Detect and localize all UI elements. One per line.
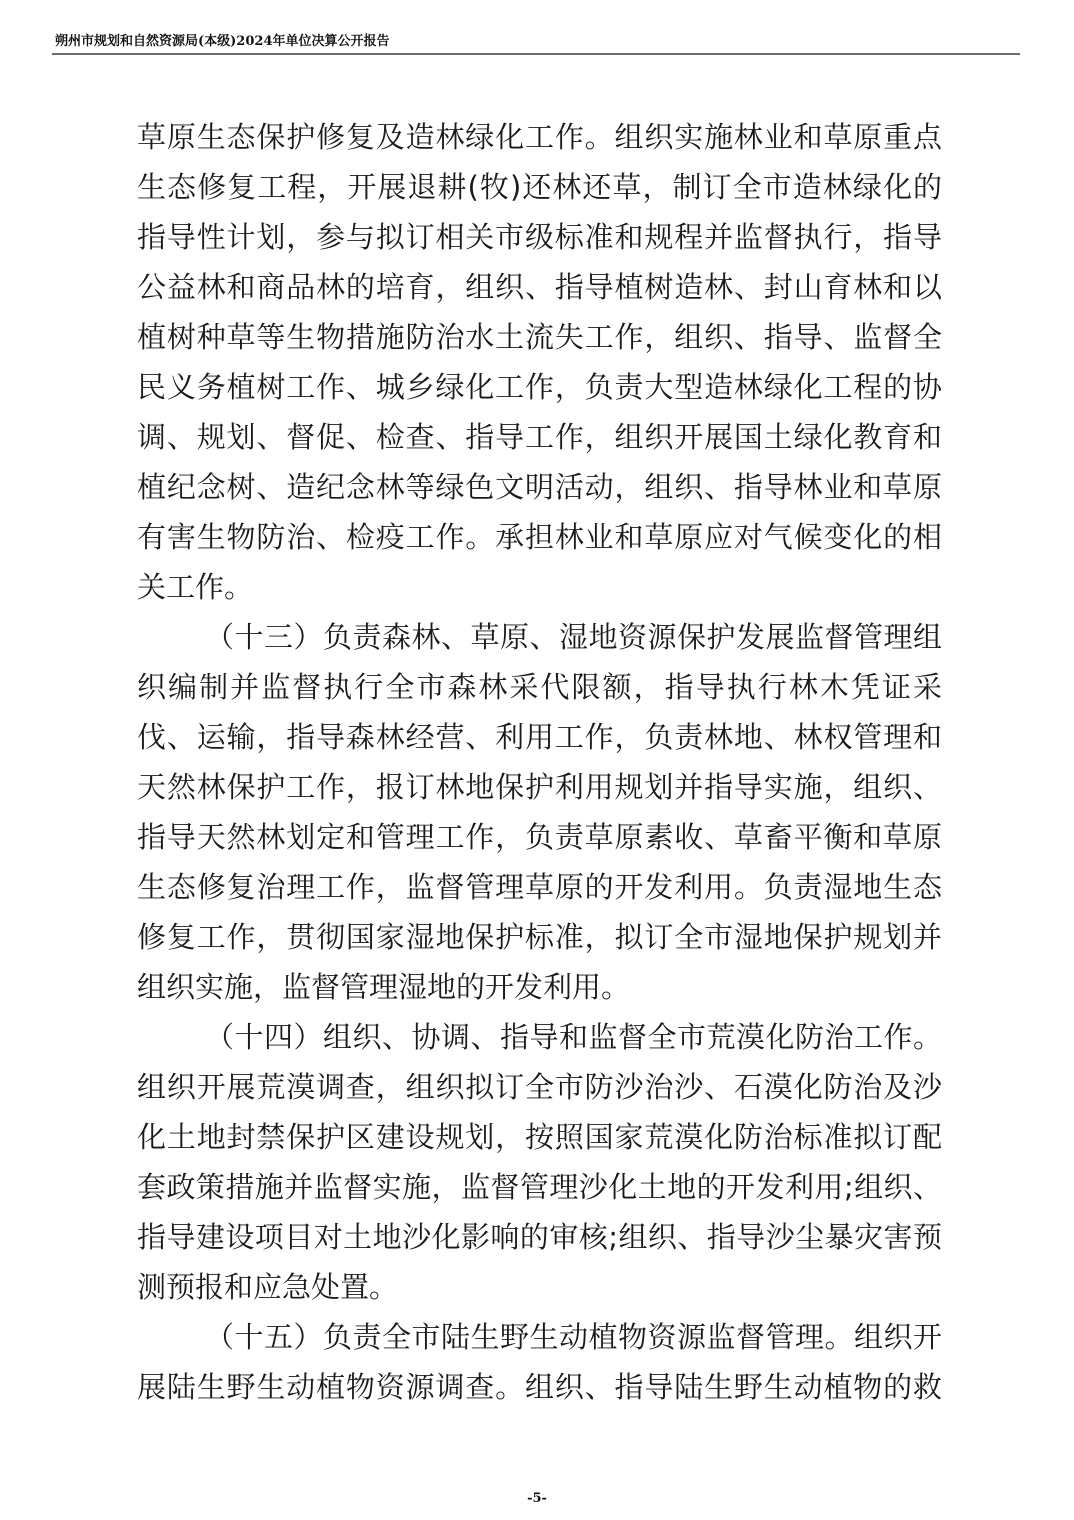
section-14-heading-line: （十四）组织、协调、指导和监督全市荒漠化防治工作。 [137,1012,942,1062]
page-number: -5- [0,1491,1074,1506]
text-line: 指导天然林划定和管理工作，负责草原素收、草畜平衡和草原 [137,812,942,862]
text-line: 套政策措施并监督实施，监督管理沙化土地的开发利用;组织、 [137,1162,942,1212]
text-line: 公益林和商品林的培育，组织、指导植树造林、封山育林和以 [137,262,942,312]
text-line: 调、规划、督促、检查、指导工作，组织开展国土绿化教育和 [137,412,942,462]
text-line: 生态修复治理工作，监督管理草原的开发利用。负责湿地生态 [137,862,942,912]
text-line: 展陆生野生动植物资源调查。组织、指导陆生野生动植物的救 [137,1362,942,1412]
section-15-heading-line: （十五）负责全市陆生野生动植物资源监督管理。组织开 [137,1312,942,1362]
text-line: 组织实施，监督管理湿地的开发利用。 [137,962,942,1012]
text-line: 织编制并监督执行全市森林采代限额，指导执行林木凭证采 [137,662,942,712]
section-13-heading-line: （十三）负责森林、草原、湿地资源保护发展监督管理组 [137,612,942,662]
text-line: 关工作。 [137,562,942,612]
text-line: 伐、运输，指导森林经营、利用工作，负责林地、林权管理和 [137,712,942,762]
text-line: 天然林保护工作，报订林地保护利用规划并指导实施，组织、 [137,762,942,812]
header-divider [52,53,1020,55]
document-body: 草原生态保护修复及造林绿化工作。组织实施林业和草原重点 生态修复工程，开展退耕(… [137,112,942,1412]
text-line: 指导性计划，参与拟订相关市级标准和规程并监督执行，指导 [137,212,942,262]
text-line: 植纪念树、造纪念林等绿色文明活动，组织、指导林业和草原 [137,462,942,512]
text-line: 指导建设项目对土地沙化影响的审核;组织、指导沙尘暴灾害预 [137,1212,942,1262]
text-line: 组织开展荒漠调查，组织拟订全市防沙治沙、石漠化防治及沙 [137,1062,942,1112]
text-line: 植树种草等生物措施防治水土流失工作，组织、指导、监督全 [137,312,942,362]
text-line: 测预报和应急处置。 [137,1262,942,1312]
document-header-title: 朔州市规划和自然资源局(本级)2024年单位决算公开报告 [55,30,389,49]
text-line: 草原生态保护修复及造林绿化工作。组织实施林业和草原重点 [137,112,942,162]
text-line: 有害生物防治、检疫工作。承担林业和草原应对气候变化的相 [137,512,942,562]
text-line: 化土地封禁保护区建设规划，按照国家荒漠化防治标准拟订配 [137,1112,942,1162]
text-line: 生态修复工程，开展退耕(牧)还林还草，制订全市造林绿化的 [137,162,942,212]
text-line: 民义务植树工作、城乡绿化工作，负责大型造林绿化工程的协 [137,362,942,412]
text-line: 修复工作，贯彻国家湿地保护标准，拟订全市湿地保护规划并 [137,912,942,962]
